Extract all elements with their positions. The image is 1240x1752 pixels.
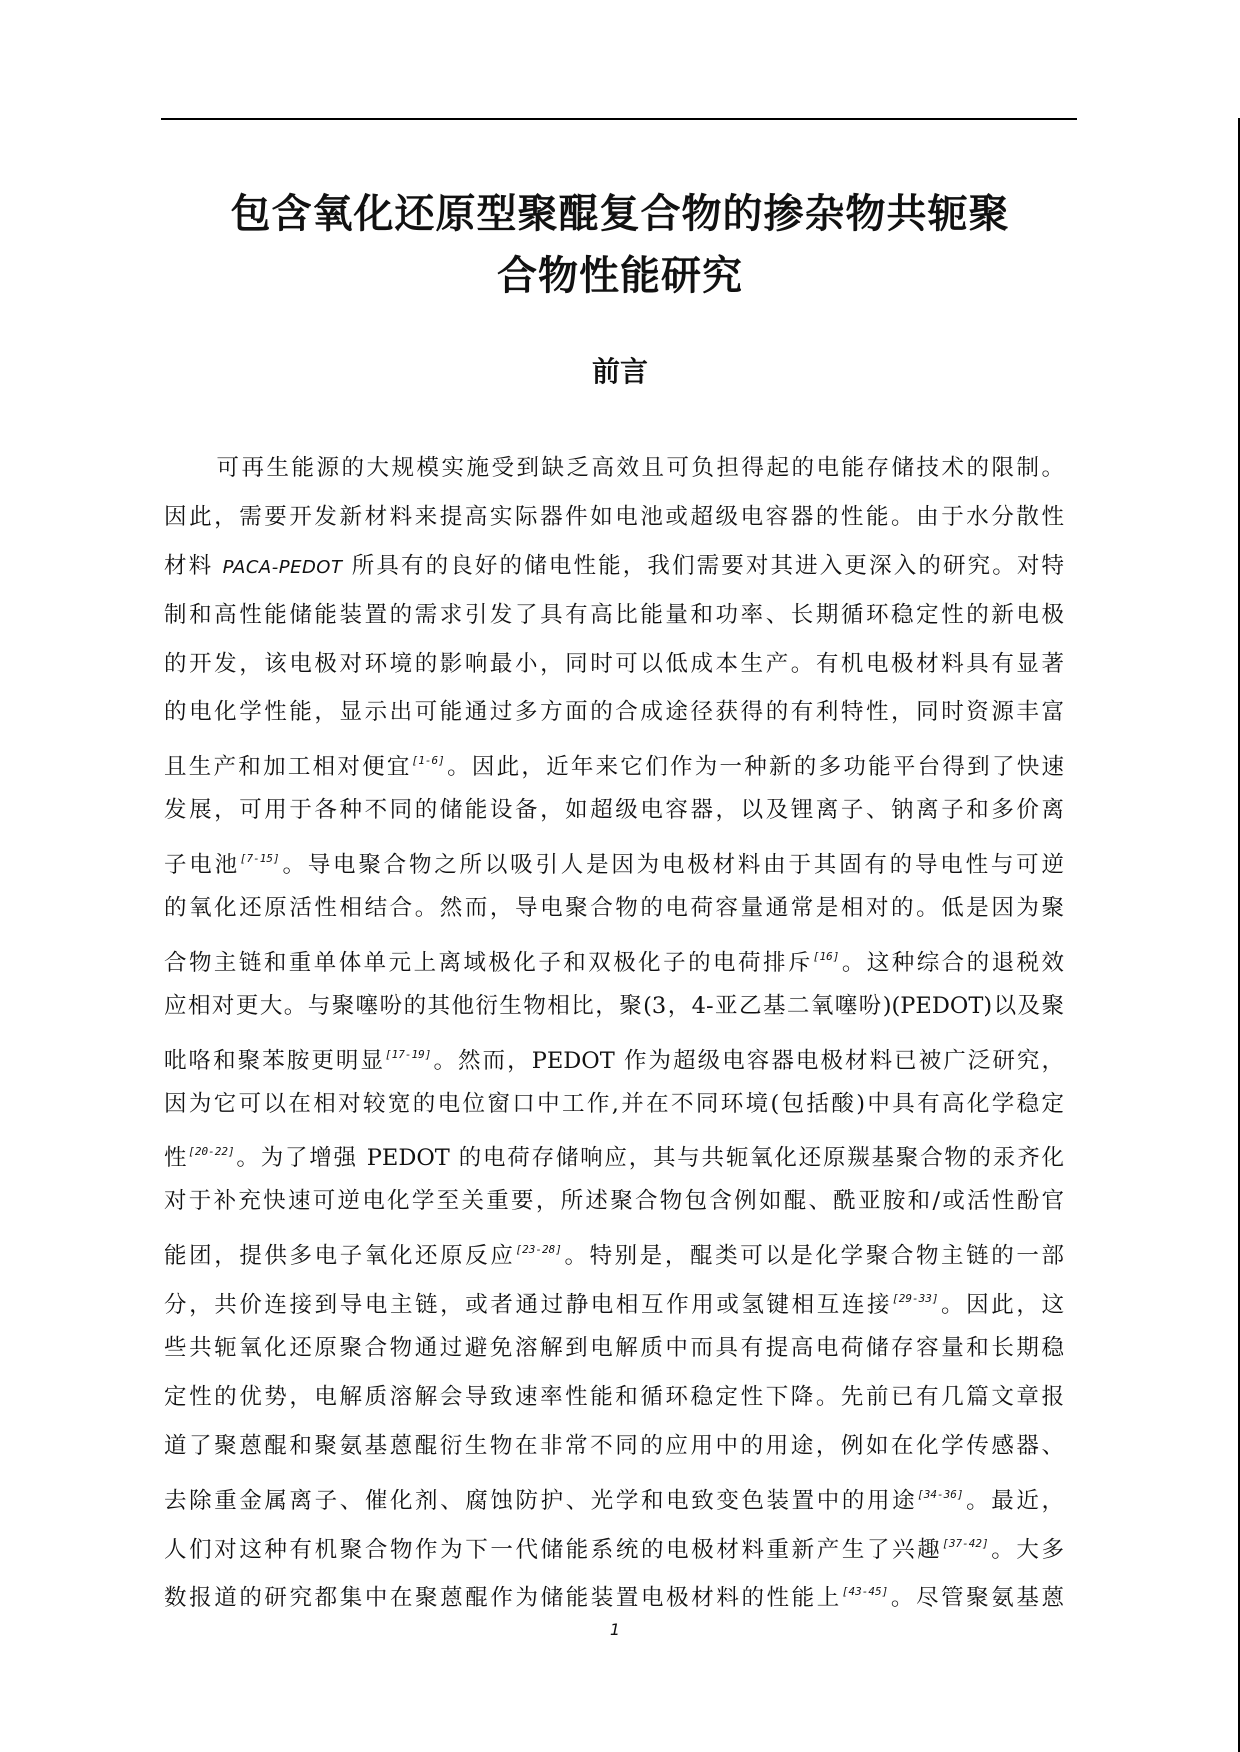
citation: [37-42] [942, 1537, 988, 1550]
section-heading-preface: 前言 [160, 352, 1080, 392]
text-line: 人们对这种有机聚合物作为下一代储能系统的电极材料重新产生了兴趣[37-42]。大… [164, 1520, 1064, 1569]
text-line: 能团，提供多电子氧化还原反应[23-28]。特别是，醌类可以是化学聚合物主链的一… [164, 1226, 1064, 1275]
body-paragraph: 可再生能源的大规模实施受到缺乏高效且可负担得起的电能存储技术的限制。 因此，需要… [164, 444, 1064, 1617]
text-line: 去除重金属离子、催化剂、腐蚀防护、光学和电致变色装置中的用途[34-36]。最近… [164, 1471, 1064, 1520]
text-line: 的氧化还原活性相结合。然而，导电聚合物的电荷容量通常是相对的。低是因为聚 [164, 884, 1064, 933]
citation: [17-19] [385, 1048, 431, 1061]
text-line: 道了聚蒽醌和聚氨基蒽醌衍生物在非常不同的应用中的用途，例如在化学传感器、 [164, 1422, 1064, 1471]
citation: [23-28] [516, 1243, 562, 1256]
text-line: 定性的优势，电解质溶解会导致速率性能和循环稳定性下降。先前已有几篇文章报 [164, 1373, 1064, 1422]
title-line-1: 包含氧化还原型聚醌复合物的掺杂物共轭聚 [160, 183, 1080, 245]
text-line: 因为它可以在相对较宽的电位窗口中工作,并在不同环境(包括酸)中具有高化学稳定 [164, 1080, 1064, 1129]
text-line: 的开发，该电极对环境的影响最小，同时可以低成本生产。有机电极材料具有显著 [164, 640, 1064, 689]
text-line: 吡咯和聚苯胺更明显[17-19]。然而，PEDOT 作为超级电容器电极材料已被广… [164, 1031, 1064, 1080]
text-line: 性[20-22]。为了增强 PEDOT 的电荷存储响应，其与共轭氧化还原羰基聚合… [164, 1128, 1064, 1177]
header-rule [161, 118, 1077, 120]
text-line: 材料 PACA-PEDOT 所具有的良好的储电性能，我们需要对其进入更深入的研究… [164, 542, 1064, 591]
text-line: 发展，可用于各种不同的储能设备，如超级电容器，以及锂离子、钠离子和多价离 [164, 786, 1064, 835]
text-line: 些共轭氧化还原聚合物通过避免溶解到电解质中而具有提高电荷储存容量和长期稳 [164, 1324, 1064, 1373]
citation: [34-36] [917, 1488, 963, 1501]
title-line-2: 合物性能研究 [160, 245, 1080, 307]
text-line: 分，共价连接到导电主链，或者通过静电相互作用或氢键相互连接[29-33]。因此，… [164, 1275, 1064, 1324]
text-line: 的电化学性能，显示出可能通过多方面的合成途径获得的有利特性，同时资源丰富 [164, 688, 1064, 737]
text-line: 可再生能源的大规模实施受到缺乏高效且可负担得起的电能存储技术的限制。 [164, 444, 1064, 493]
text-line: 子电池[7-15]。导电聚合物之所以吸引人是因为电极材料由于其固有的导电性与可逆 [164, 835, 1064, 884]
page-number: 1 [600, 1620, 630, 1639]
text-line: 制和高性能储能装置的需求引发了具有高比能量和功率、长期循环稳定性的新电极 [164, 591, 1064, 640]
text-line: 合物主链和重单体单元上离域极化子和双极化子的电荷排斥[16]。这种综合的退税效 [164, 933, 1064, 982]
material-name: PACA-PEDOT [223, 557, 343, 578]
text-line: 因此，需要开发新材料来提高实际器件如电池或超级电容器的性能。由于水分散性 [164, 493, 1064, 542]
citation: [20-22] [188, 1145, 234, 1158]
citation: [1-6] [412, 754, 445, 767]
citation: [7-15] [240, 852, 280, 865]
citation: [16] [813, 950, 840, 963]
text-line: 对于补充快速可逆电化学至关重要，所述聚合物包含例如醌、酰亚胺和/或活性酚官 [164, 1177, 1064, 1226]
citation: [29-33] [892, 1292, 938, 1305]
text-line: 数报道的研究都集中在聚蒽醌作为储能装置电极材料的性能上[43-45]。尽管聚氨基… [164, 1568, 1064, 1617]
text-line: 应相对更大。与聚噻吩的其他衍生物相比，聚(3，4-亚乙基二氧噻吩)(PEDOT)… [164, 982, 1064, 1031]
citation: [43-45] [842, 1585, 888, 1598]
text-line: 且生产和加工相对便宜[1-6]。因此，近年来它们作为一种新的多功能平台得到了快速 [164, 737, 1064, 786]
document-title: 包含氧化还原型聚醌复合物的掺杂物共轭聚 合物性能研究 [160, 183, 1080, 307]
